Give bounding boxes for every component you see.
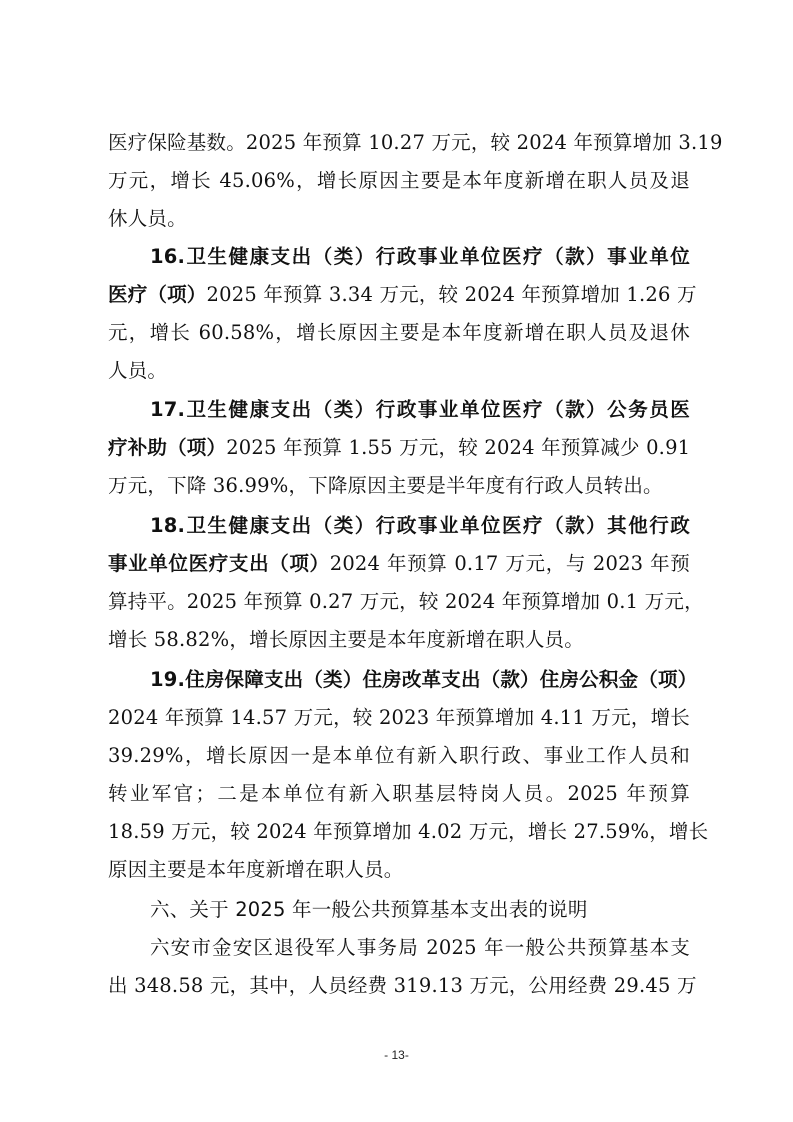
line-text: 2024 年预算 14.57 万元，较 2023 年预算增加 4.11 万元，增… bbox=[108, 706, 690, 729]
line-text: 出 348.58 元，其中，人员经费 319.13 万元，公用经费 29.45 … bbox=[108, 974, 697, 997]
item-18-heading: 18.卫生健康支出（类）行政事业单位医疗（款）其他行政 bbox=[150, 511, 690, 541]
bold-heading-text: 17.卫生健康支出（类）行政事业单位医疗（款）公务员医 bbox=[150, 398, 690, 421]
item-16-heading: 16.卫生健康支出（类）行政事业单位医疗（款）事业单位 bbox=[150, 242, 690, 272]
body-line: 人员。 bbox=[108, 356, 690, 386]
line-text: 2025 年预算 1.55 万元，较 2024 年预算减少 0.91 bbox=[226, 436, 690, 459]
body-line: 增长 58.82%，增长原因主要是本年度新增在职人员。 bbox=[108, 625, 690, 655]
line-text: 2024 年预算 0.17 万元，与 2023 年预 bbox=[330, 552, 690, 575]
section-heading: 六、关于 2025 年一般公共预算基本支出表的说明 bbox=[150, 895, 690, 925]
line-text: 元，增长 60.58%，增长原因主要是本年度新增在职人员及退休 bbox=[108, 321, 690, 344]
body-line: 2024 年预算 14.57 万元，较 2023 年预算增加 4.11 万元，增… bbox=[108, 703, 690, 733]
body-line: 疗补助（项）2025 年预算 1.55 万元，较 2024 年预算减少 0.91 bbox=[108, 433, 690, 463]
line-text: 休人员。 bbox=[108, 207, 187, 230]
line-text: 医疗保险基数。2025 年预算 10.27 万元，较 2024 年预算增加 3.… bbox=[108, 131, 723, 154]
bold-heading-text: 16.卫生健康支出（类）行政事业单位医疗（款）事业单位 bbox=[150, 245, 690, 268]
line-text: 转业军官；二是本单位有新入职基层特岗人员。2025 年预算 bbox=[108, 782, 690, 805]
line-text: 增长 58.82%，增长原因主要是本年度新增在职人员。 bbox=[108, 628, 584, 651]
page-number: - 13- bbox=[0, 1048, 793, 1062]
body-line: 万元，增长 45.06%，增长原因主要是本年度新增在职人员及退 bbox=[108, 166, 690, 196]
body-line: 元，增长 60.58%，增长原因主要是本年度新增在职人员及退休 bbox=[108, 318, 690, 348]
line-text: 2025 年预算 3.34 万元，较 2024 年预算增加 1.26 万 bbox=[207, 283, 697, 306]
body-line: 原因主要是本年度新增在职人员。 bbox=[108, 855, 690, 885]
line-text: 万元，下降 36.99%，下降原因主要是半年度有行政人员转出。 bbox=[108, 474, 663, 497]
body-line: 医疗（项）2025 年预算 3.34 万元，较 2024 年预算增加 1.26 … bbox=[108, 280, 690, 310]
body-line: 出 348.58 元，其中，人员经费 319.13 万元，公用经费 29.45 … bbox=[108, 971, 690, 1001]
body-line: 六安市金安区退役军人事务局 2025 年一般公共预算基本支 bbox=[150, 933, 690, 963]
body-line: 算持平。2025 年预算 0.27 万元，较 2024 年预算增加 0.1 万元… bbox=[108, 587, 690, 617]
line-text: 39.29%，增长原因一是本单位有新入职行政、事业工作人员和 bbox=[108, 744, 690, 767]
body-line: 39.29%，增长原因一是本单位有新入职行政、事业工作人员和 bbox=[108, 741, 690, 771]
item-19-heading: 19.住房保障支出（类）住房改革支出（款）住房公积金（项） bbox=[150, 665, 690, 695]
line-text: 人员。 bbox=[108, 359, 167, 382]
body-line: 医疗保险基数。2025 年预算 10.27 万元，较 2024 年预算增加 3.… bbox=[108, 128, 690, 158]
body-line: 万元，下降 36.99%，下降原因主要是半年度有行政人员转出。 bbox=[108, 471, 690, 501]
document-page: 医疗保险基数。2025 年预算 10.27 万元，较 2024 年预算增加 3.… bbox=[0, 0, 793, 1122]
body-line: 休人员。 bbox=[108, 204, 690, 234]
body-line: 事业单位医疗支出（项）2024 年预算 0.17 万元，与 2023 年预 bbox=[108, 549, 690, 579]
bold-heading-text: 19.住房保障支出（类）住房改革支出（款）住房公积金（项） bbox=[150, 668, 697, 691]
bold-heading-text: 医疗（项） bbox=[108, 283, 207, 306]
bold-heading-text: 18.卫生健康支出（类）行政事业单位医疗（款）其他行政 bbox=[150, 514, 690, 537]
line-text: 六安市金安区退役军人事务局 2025 年一般公共预算基本支 bbox=[150, 936, 690, 959]
line-text: 算持平。2025 年预算 0.27 万元，较 2024 年预算增加 0.1 万元… bbox=[108, 590, 704, 613]
item-17-heading: 17.卫生健康支出（类）行政事业单位医疗（款）公务员医 bbox=[150, 395, 690, 425]
section-heading-text: 六、关于 2025 年一般公共预算基本支出表的说明 bbox=[150, 898, 588, 921]
line-text: 原因主要是本年度新增在职人员。 bbox=[108, 858, 404, 881]
body-line: 转业军官；二是本单位有新入职基层特岗人员。2025 年预算 bbox=[108, 779, 690, 809]
line-text: 18.59 万元，较 2024 年预算增加 4.02 万元，增长 27.59%，… bbox=[108, 820, 708, 843]
line-text: 万元，增长 45.06%，增长原因主要是本年度新增在职人员及退 bbox=[108, 169, 690, 192]
bold-heading-text: 事业单位医疗支出（项） bbox=[108, 552, 330, 575]
body-line: 18.59 万元，较 2024 年预算增加 4.02 万元，增长 27.59%，… bbox=[108, 817, 690, 847]
bold-heading-text: 疗补助（项） bbox=[108, 436, 226, 459]
